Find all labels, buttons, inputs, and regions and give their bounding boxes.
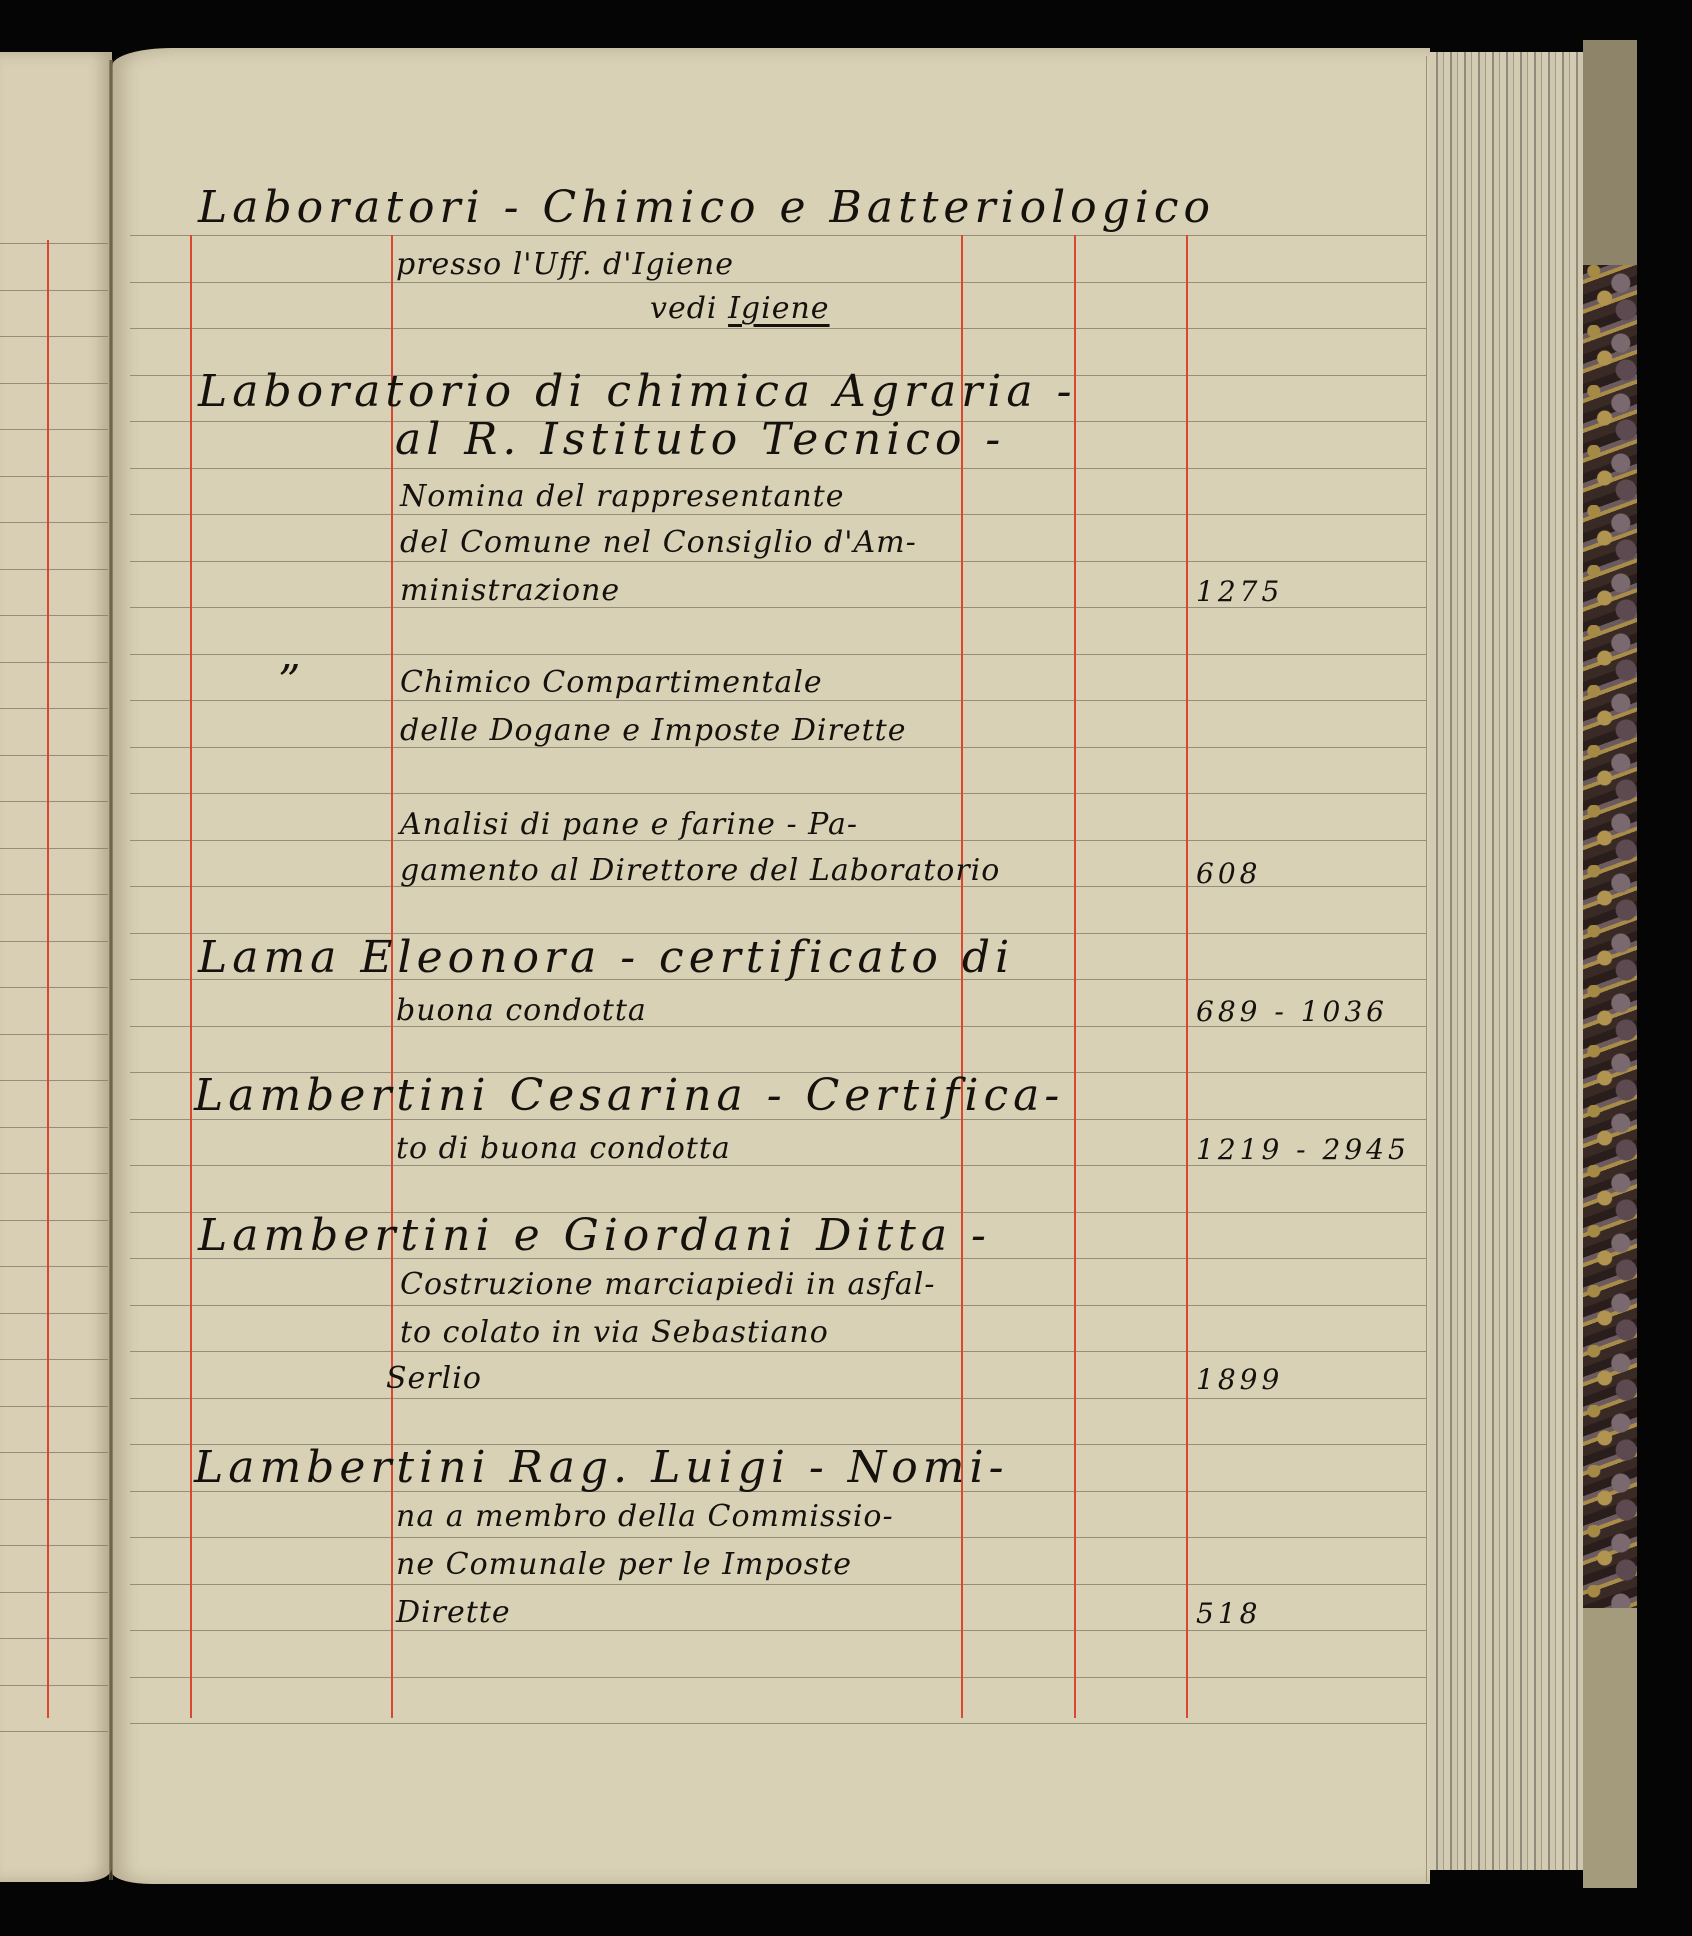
ruled-line	[130, 514, 1426, 515]
left-page-ruled-line	[0, 1173, 108, 1174]
left-page-ruled-line	[0, 1638, 108, 1639]
entry-line: ne Comunale per le Imposte	[396, 1550, 852, 1580]
ruled-line	[130, 654, 1426, 655]
see-also-target: Igiene	[728, 291, 829, 326]
entry-heading: Lambertini e Giordani Ditta -	[198, 1214, 991, 1258]
left-page-ruled-line	[0, 1592, 108, 1593]
ruled-line	[130, 235, 1426, 236]
left-page-ruled-line	[0, 429, 108, 430]
left-page-ruled-line	[0, 708, 108, 709]
left-page-ruled-line	[0, 1313, 108, 1314]
entry-line: na a membro della Commissio-	[396, 1502, 894, 1532]
entry-line: al R. Istituto Tecnico -	[395, 418, 1005, 462]
entry-line: Costruzione marciapiedi in asfal-	[400, 1270, 936, 1300]
entry-line: to di buona condotta	[396, 1134, 731, 1164]
reference-number: 1899	[1196, 1366, 1283, 1394]
left-page-ruled-line	[0, 383, 108, 384]
left-page-ruled-line	[0, 569, 108, 570]
left-page-margin-rule	[47, 240, 49, 1718]
entry-line: Nomina del rappresentante	[400, 482, 844, 512]
left-page-ruled-line	[0, 662, 108, 663]
ruled-line	[130, 1398, 1426, 1399]
reference-number: 518	[1196, 1600, 1261, 1628]
left-page-ruled-line	[0, 336, 108, 337]
cover-vellum-corner-bottom	[1583, 1608, 1637, 1888]
left-page-ruled-line	[0, 894, 108, 895]
left-page-ruled-line	[0, 615, 108, 616]
ruled-line	[130, 1723, 1426, 1724]
entry-line: Dirette	[396, 1598, 511, 1628]
ruled-line	[130, 282, 1426, 283]
ruled-line	[130, 468, 1426, 469]
left-page-ruled-line	[0, 1452, 108, 1453]
cover-vellum-corner-top	[1583, 40, 1637, 266]
left-page-ruled-line	[0, 755, 108, 756]
entry-heading: Lama Eleonora - certificato di	[198, 936, 1014, 980]
entry-line: Serlio	[386, 1364, 482, 1394]
left-page-ruled-line	[0, 522, 108, 523]
reference-number: 1275	[1196, 578, 1283, 606]
see-also-reference: vedi Igiene	[650, 294, 830, 324]
entry-line: Analisi di pane e farine - Pa-	[400, 810, 858, 840]
ruled-line	[130, 1584, 1426, 1585]
entry-heading: Laboratori - Chimico e Batteriologico	[198, 186, 1215, 230]
margin-rule	[190, 235, 192, 1718]
ruled-line	[130, 1537, 1426, 1538]
left-page-ruled-line	[0, 1080, 108, 1081]
column-rule	[1074, 235, 1076, 1718]
left-page-ruled-line	[0, 848, 108, 849]
entry-line: gamento al Direttore del Laboratorio	[400, 856, 1000, 886]
left-page-ruled-line	[0, 1127, 108, 1128]
ruled-line	[130, 561, 1426, 562]
entry-line: presso l'Uff. d'Igiene	[396, 250, 734, 280]
left-page-ruled-line	[0, 801, 108, 802]
see-also-prefix: vedi	[650, 291, 718, 326]
left-page-ruled-line	[0, 476, 108, 477]
left-page-ruled-line	[0, 1731, 108, 1732]
entry-line: ministrazione	[400, 576, 620, 606]
reference-number: 1219 - 2945	[1196, 1136, 1410, 1164]
entry-heading: Lambertini Cesarina - Certifica-	[194, 1074, 1064, 1118]
page-edge	[1426, 56, 1427, 1882]
entry-line: del Comune nel Consiglio d'Am-	[400, 528, 917, 558]
left-page-ruled-line	[0, 1685, 108, 1686]
ruled-line	[130, 1630, 1426, 1631]
left-page-ruled-line	[0, 1034, 108, 1035]
entry-line: Chimico Compartimentale	[400, 668, 823, 698]
entry-heading: Lambertini Rag. Luigi - Nomi-	[194, 1446, 1008, 1490]
ditto-mark: ”	[278, 660, 306, 704]
ruled-line	[130, 793, 1426, 794]
ruled-line	[130, 328, 1426, 329]
ruled-line	[130, 1351, 1426, 1352]
left-page-ruled-line	[0, 1359, 108, 1360]
left-page-ruled-line	[0, 987, 108, 988]
left-page-ruled-line	[0, 1499, 108, 1500]
reference-column-rule	[1186, 235, 1188, 1718]
left-page-ruled-line	[0, 1266, 108, 1267]
entry-line: delle Dogane e Imposte Dirette	[400, 716, 906, 746]
left-page-ruled-line	[0, 290, 108, 291]
ruled-line	[130, 700, 1426, 701]
page-stack-edges	[1430, 52, 1585, 1870]
ruled-line	[130, 1677, 1426, 1678]
reference-number: 689 - 1036	[1196, 998, 1388, 1026]
entry-line: to colato in via Sebastiano	[400, 1318, 829, 1348]
ruled-line	[130, 1305, 1426, 1306]
entry-line: buona condotta	[396, 996, 647, 1026]
left-page-ruled-line	[0, 1545, 108, 1546]
book-gutter	[109, 60, 113, 1880]
left-page-ruled-line	[0, 1220, 108, 1221]
left-page-ruled-line	[0, 1406, 108, 1407]
reference-number: 608	[1196, 860, 1261, 888]
left-page-ruled-line	[0, 243, 108, 244]
cover-marbled-board	[1583, 265, 1637, 1608]
left-page-ruled-line	[0, 941, 108, 942]
left-page	[0, 52, 112, 1882]
entry-heading: Laboratorio di chimica Agraria -	[198, 370, 1076, 414]
